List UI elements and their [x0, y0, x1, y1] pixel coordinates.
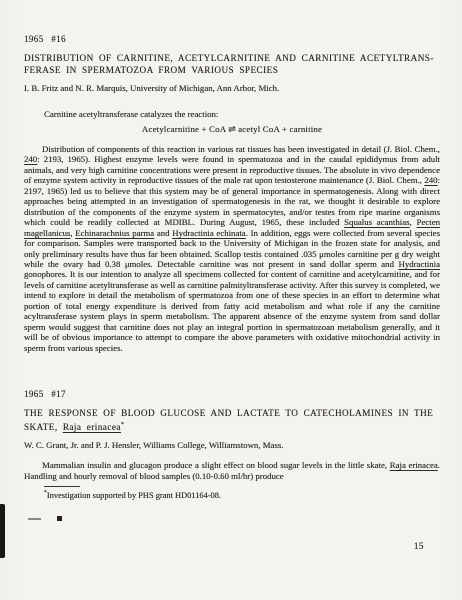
text-segment: Hydractinia [398, 259, 440, 269]
text-segment: Mammalian insulin and glucagon produce a… [42, 460, 390, 470]
abstract-17-body: Mammalian insulin and glucagon produce a… [24, 460, 440, 481]
abstract-16-body: Distribution of components of this react… [24, 144, 440, 353]
text-segment: , [410, 217, 417, 227]
abstract-17-number: 1965 #17 [24, 389, 440, 400]
text-segment: and [154, 228, 172, 238]
reaction-intro: Carnitine acetyltransferase catalyzes th… [24, 109, 440, 120]
text-segment: Investigation supported by PHS grant HD0… [47, 491, 221, 500]
abstract-16-title-line-2: FERASE IN SPERMATOZOA FROM VARIOUS SPECI… [24, 64, 440, 76]
page-content: 1965 #16 DISTRIBUTION OF CARNITINE, ACET… [24, 34, 440, 501]
scan-artifact-dashes [28, 518, 41, 520]
abstract-17-authors: W. C. Grant, Jr. and P. J. Hensler, Will… [24, 440, 440, 451]
abstract-17-title-line-2: SKATE, Raja erinacea* [24, 419, 440, 433]
scan-artifact-edge-bar [0, 504, 5, 558]
page-number: 15 [414, 541, 424, 551]
footnote-separator [44, 486, 80, 487]
text-segment: Hydractinia echinata [172, 228, 246, 238]
text-segment: Squalus acanthias [344, 217, 409, 227]
text-segment: Raja erinacea [63, 422, 121, 432]
footnote-text: *Investigation supported by PHS grant HD… [44, 488, 440, 501]
abstract-16: 1965 #16 DISTRIBUTION OF CARNITINE, ACET… [24, 34, 440, 353]
scan-artifact-blob [57, 516, 62, 521]
abstract-17-title: THE RESPONSE OF BLOOD GLUCOSE AND LACTAT… [24, 407, 440, 433]
text-segment: * [121, 421, 125, 428]
scanned-abstract-page: 1965 #16 DISTRIBUTION OF CARNITINE, ACET… [0, 0, 462, 600]
text-segment: 240 [424, 175, 437, 185]
abstract-16-number: 1965 #16 [24, 34, 440, 45]
abstract-17-title-line-1: THE RESPONSE OF BLOOD GLUCOSE AND LACTAT… [24, 407, 440, 419]
abstract-17: 1965 #17 THE RESPONSE OF BLOOD GLUCOSE A… [24, 389, 440, 501]
text-segment: Distribution of components of this react… [42, 144, 440, 154]
abstract-16-authors: I. B. Fritz and N. R. Marquis, Universit… [24, 83, 440, 94]
text-segment: 240 [24, 154, 37, 164]
text-segment: gonophores. It is our intention to analy… [24, 269, 440, 352]
text-segment: Echinarachnius parma [75, 228, 154, 238]
abstract-16-title-line-1: DISTRIBUTION OF CARNITINE, ACETYLCARNITI… [24, 52, 440, 64]
reaction-equation: Acetylcarnitine + CoA ⇌ acetyl CoA + car… [24, 124, 440, 135]
text-segment: SKATE, [24, 422, 63, 432]
abstract-16-title: DISTRIBUTION OF CARNITINE, ACETYLCARNITI… [24, 52, 440, 76]
text-segment: : 2193, 1965). Highest enzyme levels wer… [24, 154, 440, 185]
text-segment: Raja erinacea [390, 460, 438, 470]
